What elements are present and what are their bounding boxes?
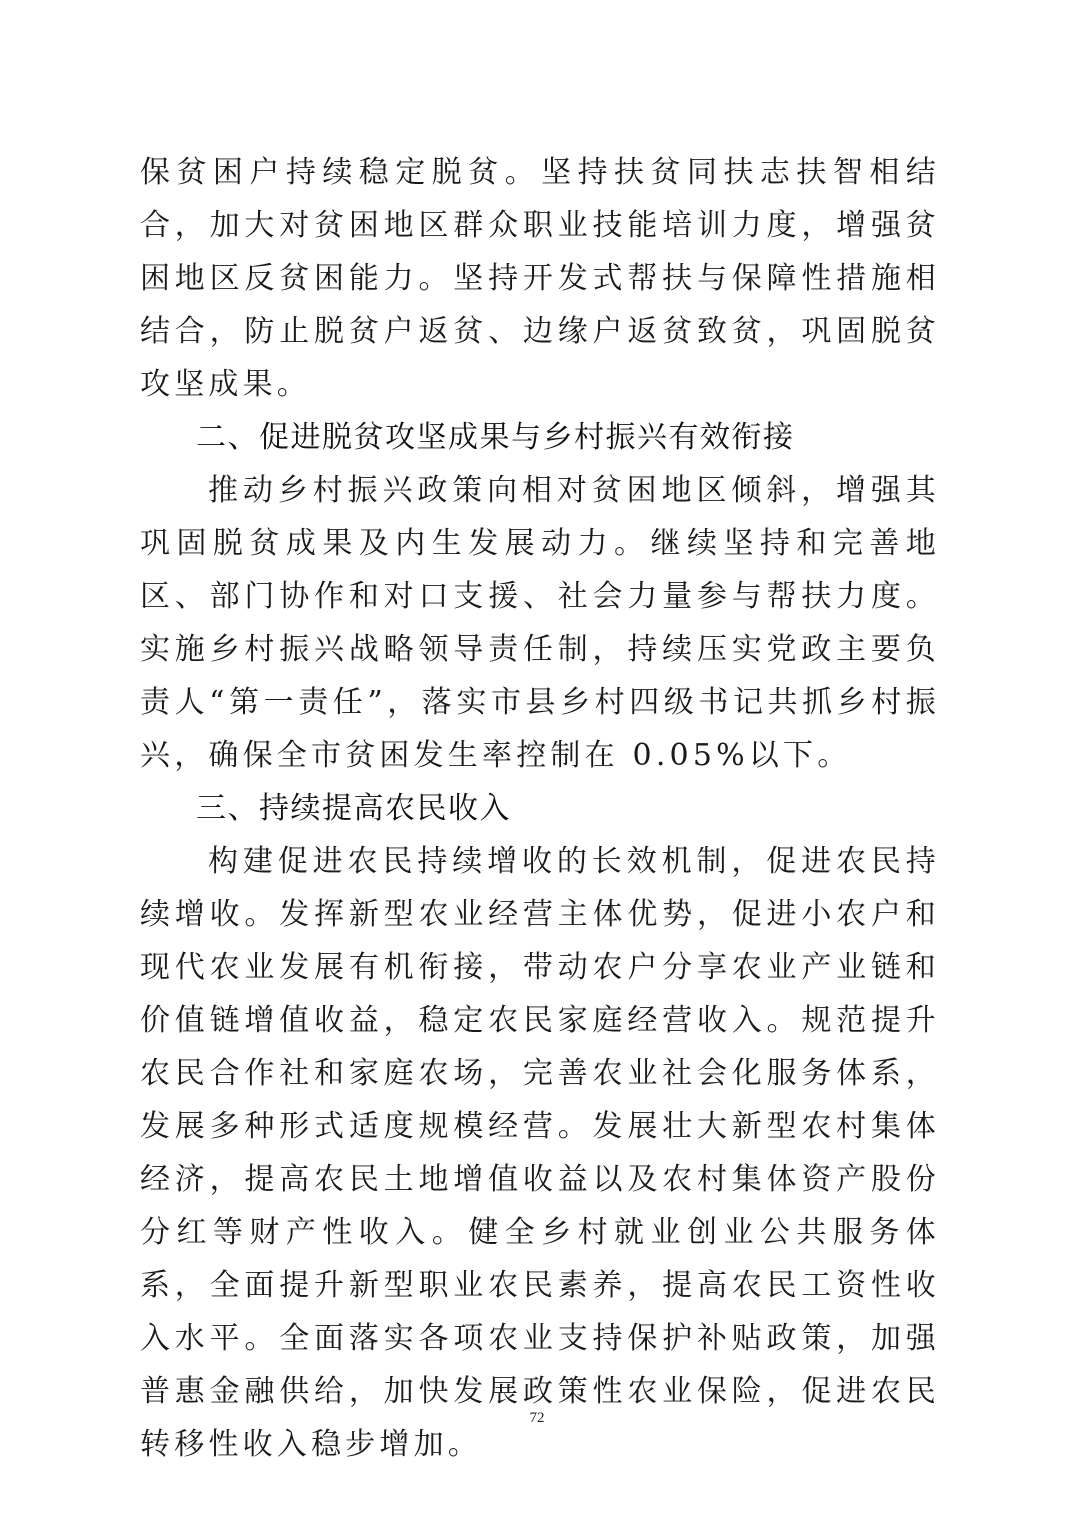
section-heading-2: 二、促进脱贫攻坚成果与乡村振兴有效衔接 (140, 411, 940, 464)
document-page: 保贫困户持续稳定脱贫。坚持扶贫同扶志扶智相结合，加大对贫困地区群众职业技能培训力… (140, 146, 940, 1471)
paragraph-poverty-consolidation: 保贫困户持续稳定脱贫。坚持扶贫同扶志扶智相结合，加大对贫困地区群众职业技能培训力… (140, 146, 940, 411)
paragraph-farmer-income: 构建促进农民持续增收的长效机制，促进农民持续增收。发挥新型农业经营主体优势，促进… (140, 835, 940, 1471)
paragraph-rural-revitalization: 推动乡村振兴政策向相对贫困地区倾斜，增强其巩固脱贫成果及内生发展动力。继续坚持和… (140, 464, 940, 782)
page-number: 72 (0, 1410, 1074, 1427)
section-heading-3: 三、持续提高农民收入 (140, 782, 940, 835)
